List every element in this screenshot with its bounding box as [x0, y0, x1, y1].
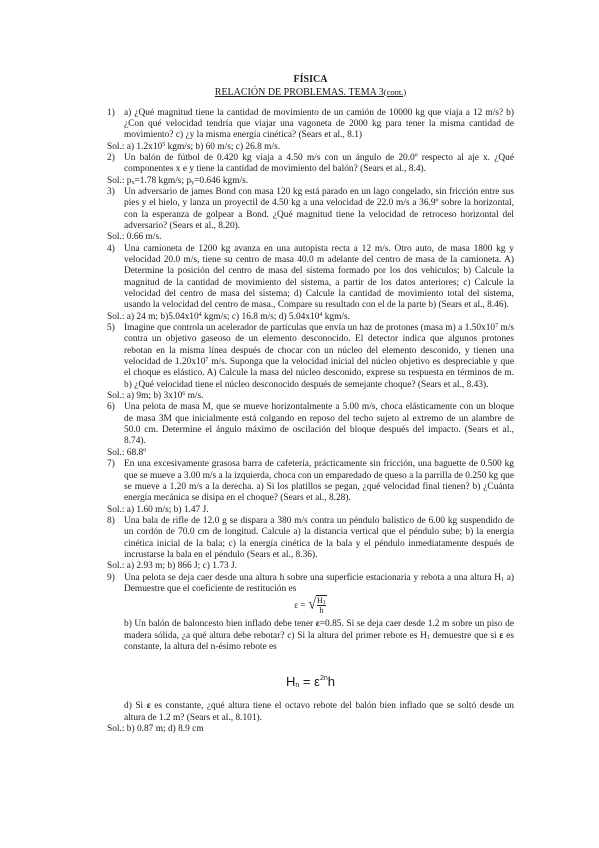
problem-2: 2) Un balón de fútbol de 0.420 kg viaja …: [107, 153, 514, 176]
text-run: demuestre que si: [430, 631, 499, 641]
problem-7: 7) En una excesivamente grasosa barra de…: [107, 459, 514, 504]
problem-number: 2): [107, 153, 124, 176]
problem-number: 9): [107, 573, 124, 596]
nth-bounce-formula: Hn = ε2nh: [107, 663, 514, 701]
document-title: FÍSICA: [107, 74, 514, 86]
solution-2: Sol.: px=1.78 kgm/s; py=0.646 kgm/s.: [107, 176, 514, 187]
sol-text: m/s.: [185, 391, 203, 401]
sol-text: Sol.: a) 24 m; b)5.04x10: [107, 312, 199, 322]
problem-9: 9) Una pelota se deja caer desde una alt…: [107, 573, 514, 596]
problem-number: 8): [107, 516, 124, 561]
solution-7: Sol.: a) 1.60 m/s; b) 1.47 J.: [107, 505, 514, 516]
document-page: FÍSICA RELACIÓN DE PROBLEMAS. TEMA 3(con…: [107, 74, 514, 735]
problem-number: 7): [107, 459, 124, 504]
text-run: d) Si: [124, 701, 147, 711]
problem-3: 3) Un adversario de james Bond con masa …: [107, 187, 514, 232]
problem-number: 5): [107, 323, 124, 391]
solution-6: Sol.: 68.8º: [107, 448, 514, 459]
problem-9-part-bc: b) Un balón de baloncesto bien inflado d…: [107, 619, 514, 653]
problem-9-part-d: d) Si ε es constante, ¿qué altura tiene …: [107, 701, 514, 724]
sol-text: Sol.: a) 9m; b) 3x10: [107, 391, 182, 401]
numerator: H1: [317, 596, 326, 606]
formula-lhs: H: [286, 674, 295, 689]
fraction: H1 h: [316, 595, 327, 615]
denominator: h: [317, 606, 326, 615]
solution-8: Sol.: a) 2.93 m; b) 866 J; c) 1.73 J.: [107, 561, 514, 572]
text-run: b) Un balón de baloncesto bien inflado d…: [124, 619, 316, 629]
formula-eq: = ε: [299, 674, 320, 689]
problem-text: a) ¿Qué magnitud tiene la cantidad de mo…: [124, 108, 514, 142]
solution-1: Sol.: a) 1.2x105 kgm/s; b) 60 m/s; c) 26…: [107, 142, 514, 153]
problem-text: Imagine que controla un acelerador de pa…: [124, 323, 514, 391]
problem-number: 3): [107, 187, 124, 232]
sol-text: =1.78 kgm/s; p: [135, 176, 192, 186]
solution-3: Sol.: 0.66 m/s.: [107, 232, 514, 243]
solution-4: Sol.: a) 24 m; b)5.04x104 kgm/s; c) 16.8…: [107, 312, 514, 323]
problem-text: Un adversario de james Bond con masa 120…: [124, 187, 514, 232]
text-run: Una pelota se deja caer desde una altura…: [124, 573, 501, 583]
subtitle-main: RELACIÓN DE PROBLEMAS. TEMA 3: [215, 87, 384, 98]
formula-rhs: h: [328, 674, 335, 689]
solution-5: Sol.: a) 9m; b) 3x106 m/s.: [107, 391, 514, 402]
problem-5: 5) Imagine que controla un acelerador de…: [107, 323, 514, 391]
text-run: es constante, ¿qué altura tiene el octav…: [124, 701, 514, 722]
restitution-formula: ε = √ H1 h: [107, 595, 514, 619]
sqrt-symbol: √ H1 h: [308, 595, 326, 615]
sol-text: Sol.: a) 1.2x10: [107, 142, 162, 152]
problem-number: 1): [107, 108, 124, 142]
problem-4: 4) Una camioneta de 1200 kg avanza en un…: [107, 244, 514, 312]
text-run: Imagine que controla un acelerador de pa…: [124, 323, 495, 333]
sol-text: kgm/s; c) 16.8 m/s; d) 5.04x10: [202, 312, 320, 322]
problem-text: Una camioneta de 1200 kg avanza en una a…: [124, 244, 514, 312]
problem-text: En una excesivamente grasosa barra de ca…: [124, 459, 514, 504]
subtitle-cont: (cont.): [384, 87, 406, 97]
problem-6: 6) Una pelota de masa M, que se mueve ho…: [107, 402, 514, 447]
problem-text: Una bala de rifle de 12.0 g se dispara a…: [124, 516, 514, 561]
solution-9: Sol.: b) 0.87 m; d) 8.9 cm: [107, 724, 514, 735]
radical-icon: √: [308, 594, 316, 616]
problem-1: 1) a) ¿Qué magnitud tiene la cantidad de…: [107, 108, 514, 142]
problem-8: 8) Una bala de rifle de 12.0 g se dispar…: [107, 516, 514, 561]
sol-text: =0.646 kgm/s.: [194, 176, 248, 186]
sol-text: kgm/s; b) 60 m/s; c) 26.8 m/s.: [165, 142, 280, 152]
problem-text: Un balón de fútbol de 0.420 kg viaja a 4…: [124, 153, 514, 176]
problem-text: Una pelota se deja caer desde una altura…: [124, 573, 514, 596]
sol-text: Sol.: p: [107, 176, 132, 186]
problem-text: Una pelota de masa M, que se mueve horiz…: [124, 402, 514, 447]
sol-text: kgm/s.: [322, 312, 350, 322]
problem-number: 4): [107, 244, 124, 312]
formula-exponent: 2n: [320, 675, 328, 682]
problem-number: 6): [107, 402, 124, 447]
formula-lhs: ε =: [294, 600, 305, 611]
document-subtitle: RELACIÓN DE PROBLEMAS. TEMA 3(cont.): [107, 86, 514, 99]
